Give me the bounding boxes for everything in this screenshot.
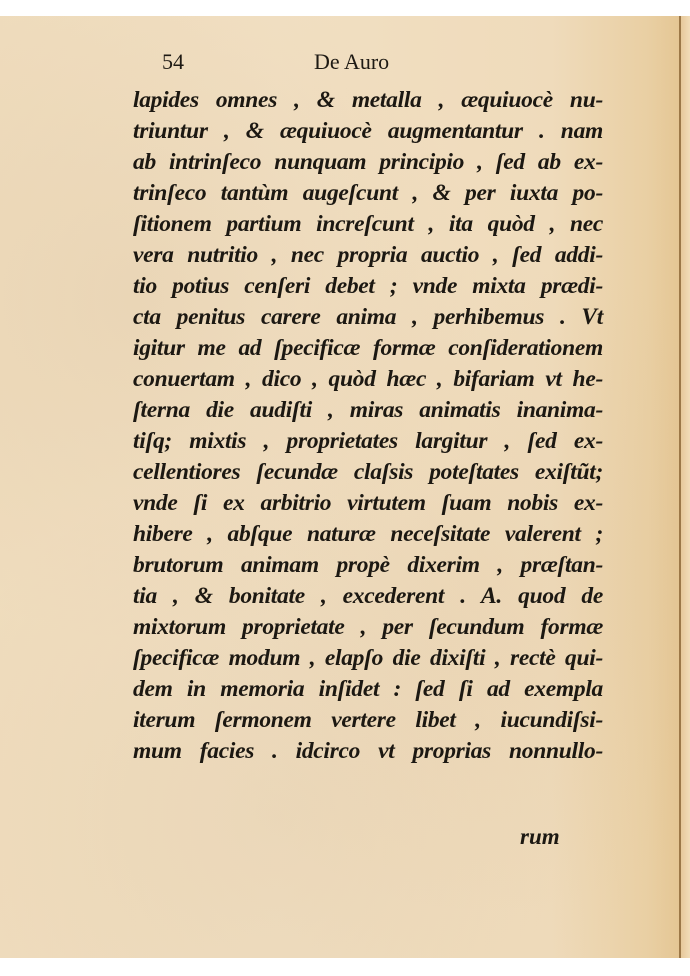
text-line: vera nutritio , nec propria auctio , ſed… xyxy=(133,240,603,271)
text-line: trinſeco tantùm augeſcunt , & per iuxta … xyxy=(133,178,603,209)
page-number: 54 xyxy=(162,49,184,75)
text-line: conuertam , dico , quòd hæc , bifariam v… xyxy=(133,364,603,395)
text-line: ſitionem partium increſcunt , ita quòd ,… xyxy=(133,209,603,240)
text-line: igitur me ad ſpecificæ formæ conſiderati… xyxy=(133,333,603,364)
text-line: tio potius cenſeri debet ; vnde mixta pr… xyxy=(133,271,603,302)
text-line: mum facies . idcirco vt proprias nonnull… xyxy=(133,736,603,767)
text-line: vnde ſi ex arbitrio virtutem ſuam nobis … xyxy=(133,488,603,519)
book-page: 54 De Auro lapides omnes , & metalla , æ… xyxy=(0,16,690,958)
text-line: lapides omnes , & metalla , æquiuocè nu- xyxy=(133,85,603,116)
catchword: rum xyxy=(520,824,560,850)
body-text: lapides omnes , & metalla , æquiuocè nu-… xyxy=(133,85,603,767)
page-edge-shade xyxy=(681,16,690,958)
text-line: cellentiores ſecundæ claſsis poteſtates … xyxy=(133,457,603,488)
text-line: hibere , abſque naturæ neceſsitate valer… xyxy=(133,519,603,550)
text-line: ab intrinſeco nunquam principio , ſed ab… xyxy=(133,147,603,178)
text-line: ſpecificæ modum , elapſo die dixiſti , r… xyxy=(133,643,603,674)
text-line: brutorum animam propè dixerim , præſtan- xyxy=(133,550,603,581)
running-head: De Auro xyxy=(314,49,389,75)
text-line: cta penitus carere anima , perhibemus . … xyxy=(133,302,603,333)
text-line: triuntur , & æquiuocè augmentantur . nam xyxy=(133,116,603,147)
page-header: 54 De Auro xyxy=(162,49,602,83)
text-line: tiſq; mixtis , proprietates largitur , ſ… xyxy=(133,426,603,457)
text-line: dem in memoria inſidet : ſed ſi ad exemp… xyxy=(133,674,603,705)
text-line: ſterna die audiſti , miras animatis inan… xyxy=(133,395,603,426)
text-line: tia , & bonitate , excederent . A. quod … xyxy=(133,581,603,612)
text-line: mixtorum proprietate , per ſecundum form… xyxy=(133,612,603,643)
text-line: iterum ſermonem vertere libet , iucundiſ… xyxy=(133,705,603,736)
